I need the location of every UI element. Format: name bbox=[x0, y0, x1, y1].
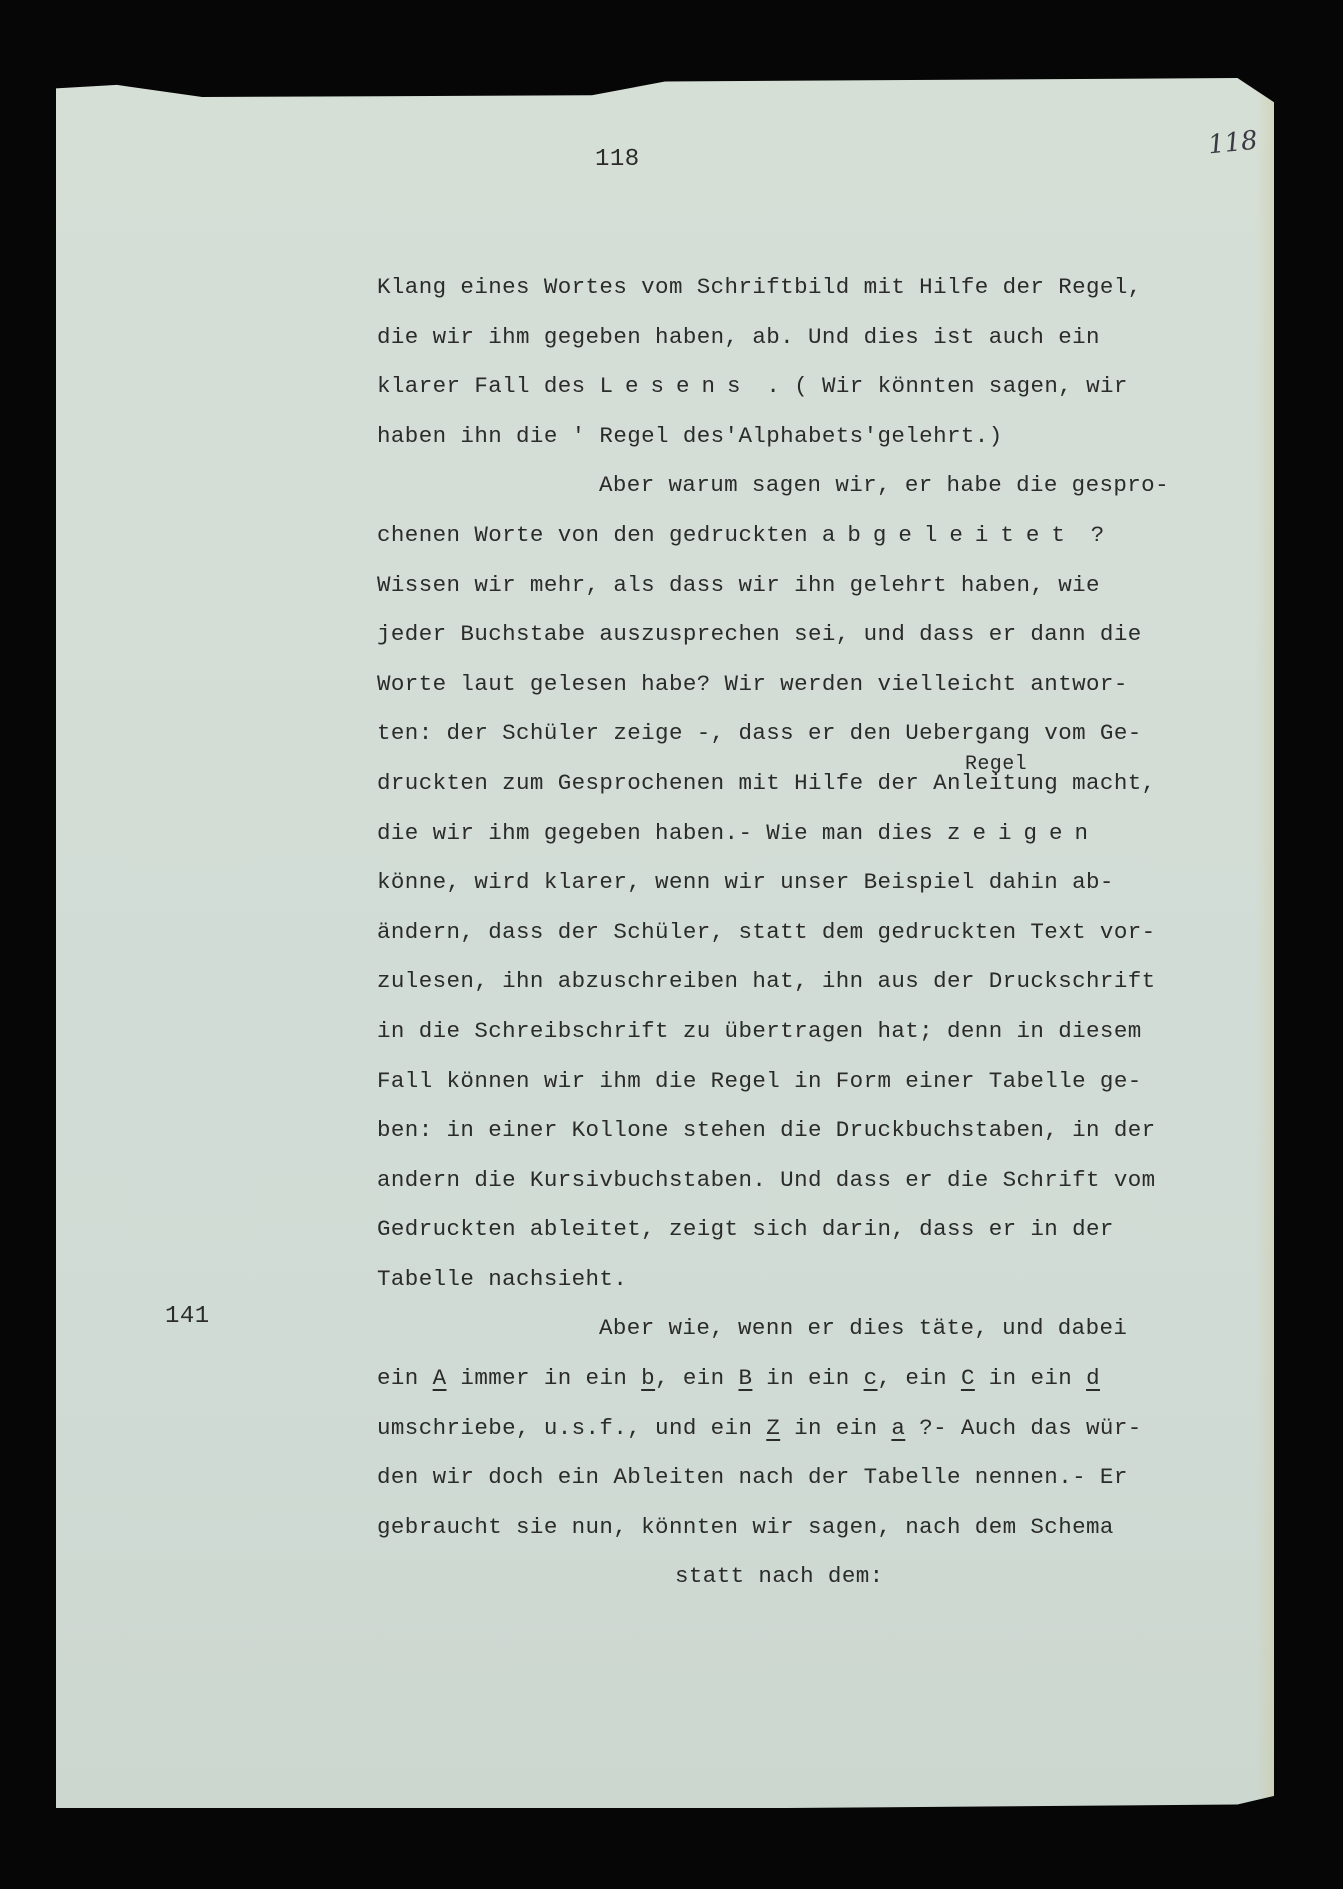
text-line: ben: in einer Kollone stehen die Druckbu… bbox=[377, 1115, 1227, 1165]
text-line: die wir ihm gegeben haben.- Wie man dies… bbox=[377, 818, 1227, 868]
text-line: Gedruckten ableitet, zeigt sich darin, d… bbox=[377, 1214, 1227, 1264]
underlined-letter: a bbox=[891, 1415, 905, 1441]
text-line: in die Schreibschrift zu übertragen hat;… bbox=[377, 1016, 1227, 1066]
text-line: die wir ihm gegeben haben, ab. Und dies … bbox=[377, 322, 1227, 372]
text-line: chenen Worte von den gedruckten abgeleit… bbox=[377, 520, 1227, 570]
text-line: Wissen wir mehr, als dass wir ihn gelehr… bbox=[377, 570, 1227, 620]
paragraph-start: Aber warum sagen wir, er habe die gespro… bbox=[377, 470, 1227, 520]
text-line: den wir doch ein Ableiten nach der Tabel… bbox=[377, 1462, 1227, 1512]
text-line: klarer Fall des Lesens . ( Wir könnten s… bbox=[377, 371, 1227, 421]
underlined-letter: d bbox=[1086, 1365, 1100, 1391]
text-line: könne, wird klarer, wenn wir unser Beisp… bbox=[377, 867, 1227, 917]
underlined-letter: B bbox=[738, 1365, 752, 1391]
text-line: zulesen, ihn abzuschreiben hat, ihn aus … bbox=[377, 966, 1227, 1016]
centered-line: statt nach dem: bbox=[377, 1561, 1227, 1611]
emphasized-word: Lesens bbox=[599, 373, 752, 399]
underlined-letter: b bbox=[641, 1365, 655, 1391]
text-line: Klang eines Wortes vom Schriftbild mit H… bbox=[377, 272, 1227, 322]
text-line: ten: der Schüler zeige -, dass er den Ue… bbox=[377, 718, 1227, 768]
text-line: gebraucht sie nun, könnten wir sagen, na… bbox=[377, 1512, 1227, 1562]
underlined-letter: c bbox=[864, 1365, 878, 1391]
page-number: 118 bbox=[595, 146, 640, 173]
paragraph-start: Aber wie, wenn er dies täte, und dabei bbox=[377, 1313, 1227, 1363]
interlinear-correction: Regel bbox=[965, 750, 1027, 780]
text-line: ein A immer in ein b, ein B in ein c, ei… bbox=[377, 1363, 1227, 1413]
emphasized-word: abgeleitet bbox=[822, 522, 1077, 548]
text-line: jeder Buchstabe auszusprechen sei, und d… bbox=[377, 619, 1227, 669]
margin-section-number: 141 bbox=[165, 1303, 210, 1330]
underlined-letter: A bbox=[433, 1365, 447, 1391]
underlined-letter: Z bbox=[766, 1415, 780, 1441]
text-line: ändern, dass der Schüler, statt dem gedr… bbox=[377, 917, 1227, 967]
scanned-page: 118 118 141 Klang eines Wortes vom Schri… bbox=[0, 0, 1343, 1889]
underlined-letter: C bbox=[961, 1365, 975, 1391]
text-line: haben ihn die ' Regel des'Alphabets'gele… bbox=[377, 421, 1227, 471]
text-line: Tabelle nachsieht. bbox=[377, 1264, 1227, 1314]
text-line: umschriebe, u.s.f., und ein Z in ein a ?… bbox=[377, 1413, 1227, 1463]
emphasized-word: zeigen bbox=[947, 820, 1100, 846]
body-text: Klang eines Wortes vom Schriftbild mit H… bbox=[377, 272, 1227, 1611]
text-line: Fall können wir ihm die Regel in Form ei… bbox=[377, 1066, 1227, 1116]
text-line: Regeldruckten zum Gesprochenen mit Hilfe… bbox=[377, 768, 1227, 818]
text-line: Worte laut gelesen habe? Wir werden viel… bbox=[377, 669, 1227, 719]
handwritten-page-number: 118 bbox=[1207, 125, 1260, 160]
text-line: andern die Kursivbuchstaben. Und dass er… bbox=[377, 1165, 1227, 1215]
